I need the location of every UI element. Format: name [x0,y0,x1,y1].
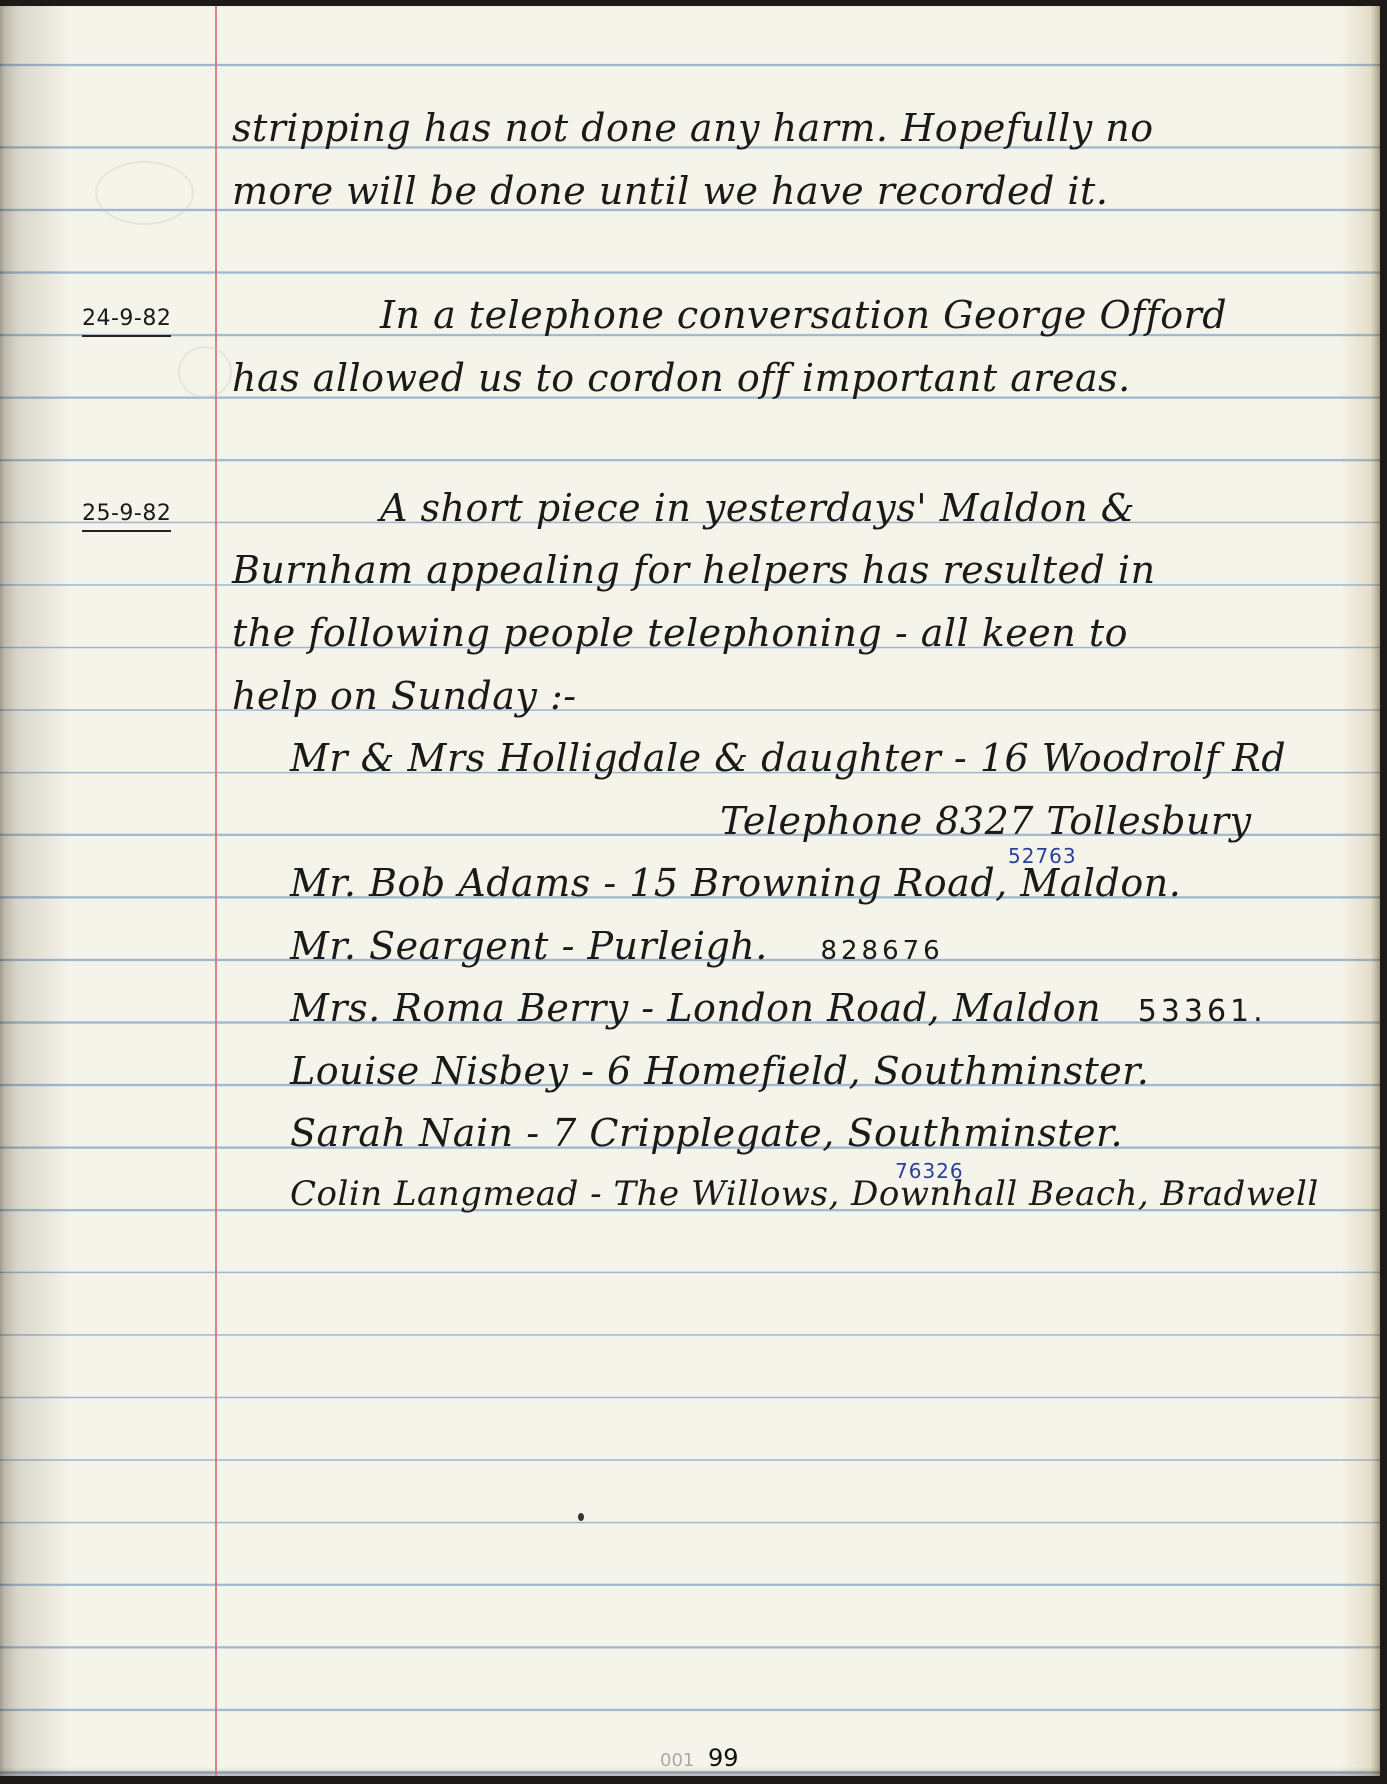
volunteer-name: Colin Langmead [290,1174,579,1214]
volunteer-name: Mr & Mrs Holligdale & daughter [290,736,941,780]
separator: - [526,1111,552,1155]
ink-spot [578,1513,584,1521]
embossed-stamp [95,161,194,225]
faded-stamp: 001 [660,1750,694,1771]
volunteer-row: Mr. Bob Adams - 15 Browning Road, Maldon… [290,861,1181,905]
volunteer-phone: 828676 [820,936,943,966]
volunteer-name: Mr. Seargent [290,924,549,968]
volunteer-name: Mr. Bob Adams [290,861,591,905]
volunteer-address: London Road, Maldon [667,986,1101,1030]
entry-date: 25-9-82 [82,501,171,532]
page-number-value: 99 [708,1744,739,1772]
entry-line: the following people telephoning - all k… [232,611,1128,655]
page-number: 001 99 [660,1744,739,1772]
volunteer-address: 16 Woodrolf Rd [980,736,1286,780]
separator: - [581,1049,607,1093]
separator: - [562,924,588,968]
volunteer-address: 15 Browning Road, Maldon. [629,861,1181,905]
margin-rule [215,6,217,1776]
embossed-stamp [178,346,232,398]
separator: - [590,1174,613,1214]
volunteer-row: Mrs. Roma Berry - London Road, Maldon 53… [290,986,1267,1030]
volunteer-address: 7 Cripplegate, Southminster. [552,1111,1123,1155]
volunteer-row: Louise Nisbey - 6 Homefield, Southminste… [290,1049,1149,1093]
volunteer-name: Sarah Nain [290,1111,514,1155]
continuation-line: stripping has not done any harm. Hopeful… [232,106,1154,150]
notebook-page: stripping has not done any harm. Hopeful… [0,6,1380,1776]
entry-line: help on Sunday :- [232,674,577,718]
volunteer-phone: 53361. [1138,994,1267,1029]
continuation-line: more will be done until we have recorded… [232,169,1108,213]
entry-line: Burnham appealing for helpers has result… [232,548,1156,592]
entry-line: has allowed us to cordon off important a… [232,356,1131,400]
volunteer-address: Purleigh. [587,924,767,968]
separator: - [641,986,667,1030]
volunteer-row: Mr. Seargent - Purleigh. 828676 [290,924,944,968]
volunteer-name: Mrs. Roma Berry [290,986,629,1030]
entry-date: 24-9-82 [82,306,171,337]
volunteer-address: The Willows, Downhall Beach, Bradwell [613,1174,1318,1214]
entry-line: A short piece in yesterdays' Maldon & [380,486,1135,530]
entry-line: In a telephone conversation George Offor… [380,293,1227,337]
volunteer-row: Mr & Mrs Holligdale & daughter - 16 Wood… [290,736,1286,780]
separator: - [954,736,980,780]
volunteer-address: 6 Homefield, Southminster. [607,1049,1149,1093]
volunteer-row: Sarah Nain - 7 Cripplegate, Southminster… [290,1111,1123,1155]
separator: - [603,861,629,905]
volunteer-extra: Telephone 8327 Tollesbury [720,799,1252,843]
volunteer-row: Colin Langmead - The Willows, Downhall B… [290,1174,1319,1214]
volunteer-name: Louise Nisbey [290,1049,569,1093]
